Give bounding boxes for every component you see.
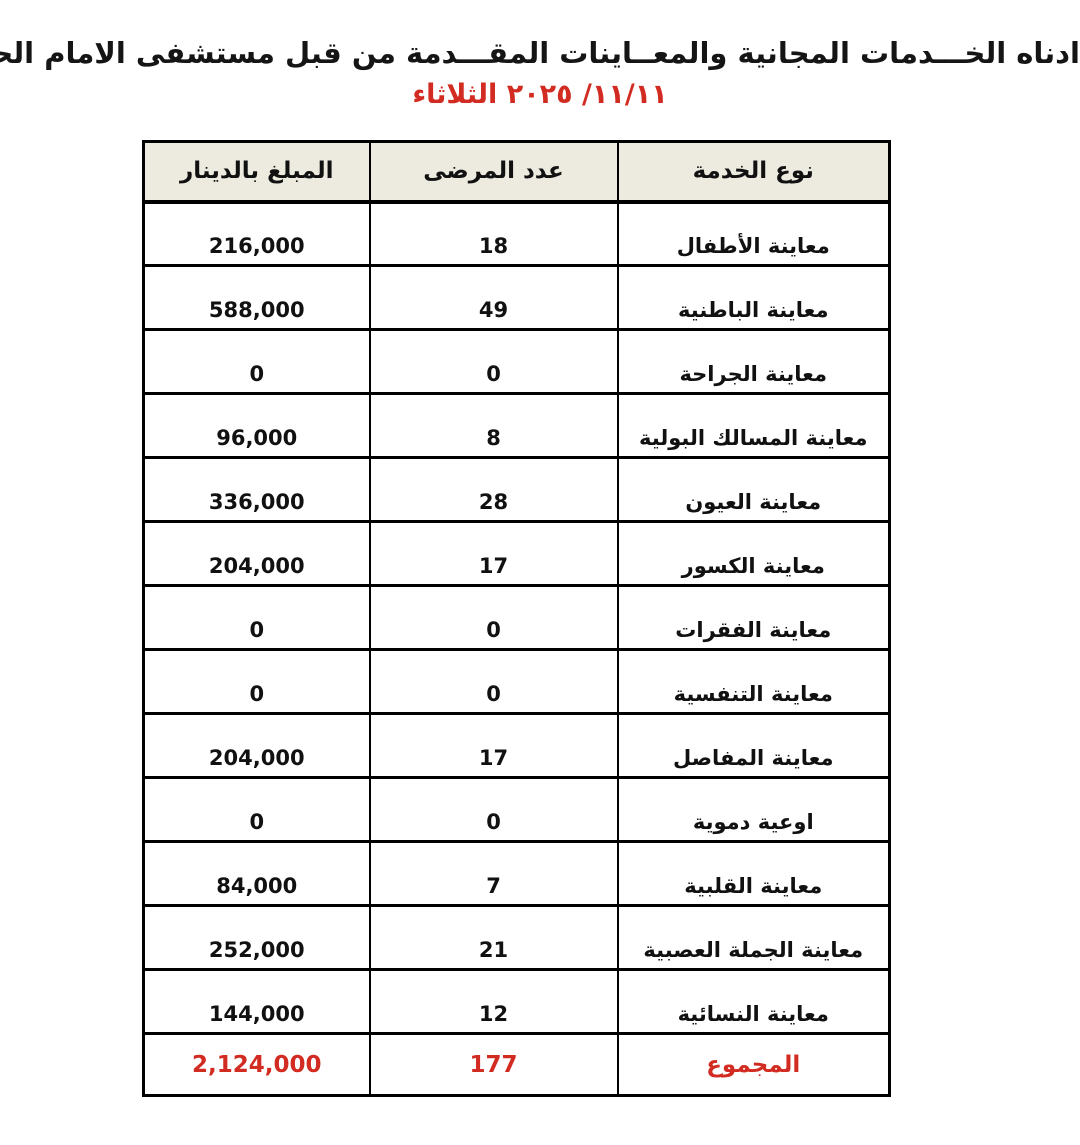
header-amount-dinar: المبلغ بالدينار: [144, 142, 370, 202]
service-cell: معاينة الكسور: [618, 522, 890, 586]
patients-cell: 18: [370, 202, 618, 266]
service-cell: اوعية دموية: [618, 778, 890, 842]
total-amount-cell: 2,124,000: [144, 1034, 370, 1096]
patients-cell: 28: [370, 458, 618, 522]
patients-cell: 12: [370, 970, 618, 1034]
service-cell: معاينة الأطفال: [618, 202, 890, 266]
header-row: نوع الخدمة عدد المرضى المبلغ بالدينار: [144, 142, 890, 202]
document-title: ادناه الخـــدمات المجانية والمعــاينات ا…: [0, 36, 1080, 110]
patients-cell: 7: [370, 842, 618, 906]
patients-cell: 17: [370, 714, 618, 778]
amount-cell: 96,000: [144, 394, 370, 458]
service-cell: معاينة الجملة العصبية: [618, 906, 890, 970]
amount-cell: 144,000: [144, 970, 370, 1034]
table-row: معاينة الفقرات 0 0: [144, 586, 890, 650]
table-row: اوعية دموية 0 0: [144, 778, 890, 842]
total-row: المجموع 177 2,124,000: [144, 1034, 890, 1096]
table-row: معاينة المسالك البولية 8 96,000: [144, 394, 890, 458]
total-label-cell: المجموع: [618, 1034, 890, 1096]
service-cell: معاينة التنفسية: [618, 650, 890, 714]
table-row: معاينة الجراحة 0 0: [144, 330, 890, 394]
amount-cell: 84,000: [144, 842, 370, 906]
patients-cell: 8: [370, 394, 618, 458]
table-header: نوع الخدمة عدد المرضى المبلغ بالدينار: [144, 142, 890, 202]
patients-cell: 0: [370, 650, 618, 714]
amount-cell: 0: [144, 586, 370, 650]
title-main-text: ادناه الخـــدمات المجانية والمعــاينات ا…: [0, 36, 1080, 70]
patients-cell: 21: [370, 906, 618, 970]
patients-cell: 0: [370, 586, 618, 650]
table-body: معاينة الأطفال 18 216,000 معاينة الباطني…: [144, 202, 890, 1096]
table-row: معاينة الأطفال 18 216,000: [144, 202, 890, 266]
service-cell: معاينة القلبية: [618, 842, 890, 906]
table-row: معاينة العيون 28 336,000: [144, 458, 890, 522]
amount-cell: 588,000: [144, 266, 370, 330]
amount-cell: 252,000: [144, 906, 370, 970]
header-patient-count: عدد المرضى: [370, 142, 618, 202]
amount-cell: 336,000: [144, 458, 370, 522]
table-row: معاينة النسائية 12 144,000: [144, 970, 890, 1034]
table-row: معاينة المفاصل 17 204,000: [144, 714, 890, 778]
amount-cell: 0: [144, 650, 370, 714]
title-line-1: ادناه الخـــدمات المجانية والمعــاينات ا…: [0, 36, 1080, 70]
service-cell: معاينة الفقرات: [618, 586, 890, 650]
amount-cell: 204,000: [144, 714, 370, 778]
amount-cell: 0: [144, 330, 370, 394]
services-table: نوع الخدمة عدد المرضى المبلغ بالدينار مع…: [142, 140, 891, 1097]
table-row: معاينة الباطنية 49 588,000: [144, 266, 890, 330]
document-page: ادناه الخـــدمات المجانية والمعــاينات ا…: [0, 0, 1080, 1145]
table-row: معاينة القلبية 7 84,000: [144, 842, 890, 906]
patients-cell: 17: [370, 522, 618, 586]
header-service-type: نوع الخدمة: [618, 142, 890, 202]
amount-cell: 216,000: [144, 202, 370, 266]
service-cell: معاينة الجراحة: [618, 330, 890, 394]
table-row: معاينة التنفسية 0 0: [144, 650, 890, 714]
patients-cell: 0: [370, 330, 618, 394]
service-cell: معاينة الباطنية: [618, 266, 890, 330]
amount-cell: 204,000: [144, 522, 370, 586]
service-cell: معاينة المفاصل: [618, 714, 890, 778]
amount-cell: 0: [144, 778, 370, 842]
service-cell: معاينة العيون: [618, 458, 890, 522]
title-date-line: ١١/١١/ ٢٠٢٥ الثلاثاء: [0, 79, 1080, 110]
service-cell: معاينة المسالك البولية: [618, 394, 890, 458]
service-cell: معاينة النسائية: [618, 970, 890, 1034]
total-patients-cell: 177: [370, 1034, 618, 1096]
patients-cell: 49: [370, 266, 618, 330]
table-row: معاينة الكسور 17 204,000: [144, 522, 890, 586]
table-row: معاينة الجملة العصبية 21 252,000: [144, 906, 890, 970]
patients-cell: 0: [370, 778, 618, 842]
